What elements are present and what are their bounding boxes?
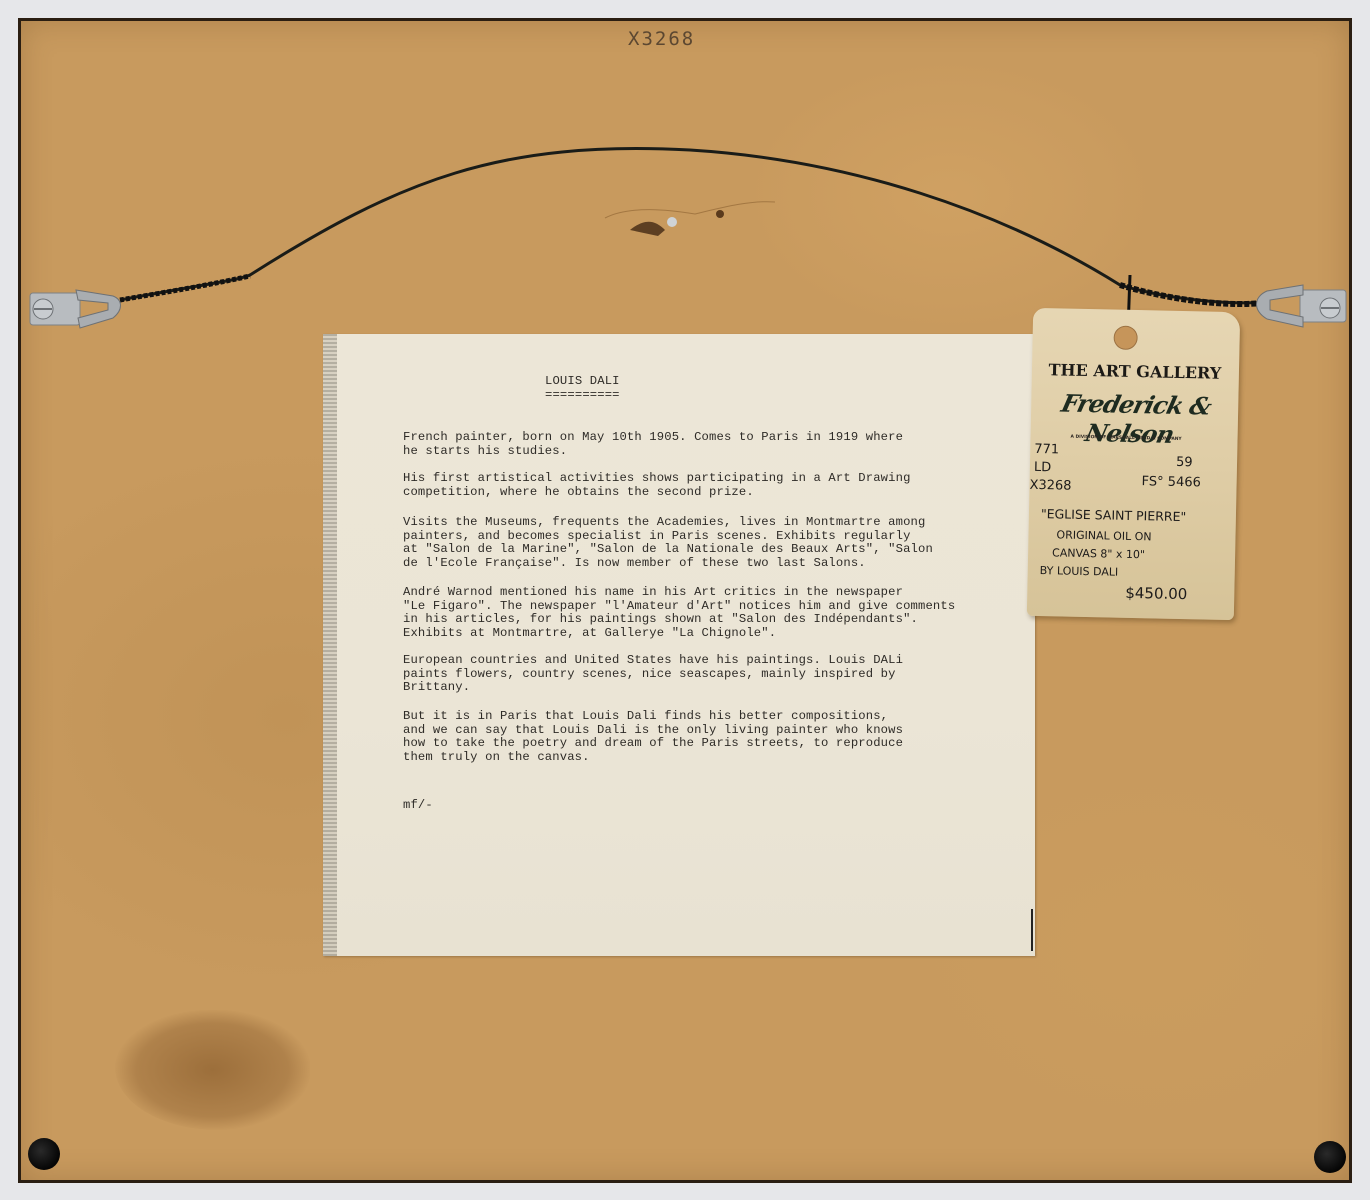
- paragraph-5: European countries and United States hav…: [403, 654, 903, 695]
- wall-bumper-left: [28, 1138, 60, 1170]
- document-title: LOUIS DALI: [545, 375, 620, 389]
- torn-paper-spot: [600, 200, 780, 240]
- tag-artwork-title: "EGLISE SAINT PIERRE": [1041, 506, 1187, 524]
- paragraph-2: His first artistical activities shows pa…: [403, 472, 911, 499]
- document-title-underline: ==========: [545, 389, 620, 403]
- tag-medium-line-2: CANVAS 8" x 10": [1052, 546, 1145, 561]
- paragraph-1: French painter, born on May 10th 1905. C…: [403, 431, 903, 458]
- paragraph-4: André Warnod mentioned his name in his A…: [403, 586, 955, 640]
- paragraph-6: But it is in Paris that Louis Dali finds…: [403, 710, 903, 764]
- typed-biography-sheet: LOUIS DALI ========== French painter, bo…: [323, 334, 1035, 956]
- typist-initials: mf/-: [403, 799, 433, 813]
- tag-hole: [1113, 326, 1137, 350]
- d-ring-hanger-left: [28, 278, 128, 338]
- paragraph-3: Visits the Museums, frequents the Academ…: [403, 516, 933, 570]
- wall-bumper-right: [1314, 1141, 1346, 1173]
- inventory-number: X3268: [628, 28, 695, 50]
- tag-code-left-1: 771: [1034, 442, 1059, 458]
- tag-artist-line: BY LOUIS DALI: [1040, 564, 1119, 579]
- d-ring-hanger-right: [1245, 275, 1355, 335]
- paper-edge-mark: [1031, 909, 1033, 951]
- tag-price: $450.00: [1125, 584, 1187, 603]
- tag-code-right-1: 59: [1176, 455, 1193, 470]
- tag-medium-line-1: ORIGINAL OIL ON: [1056, 528, 1151, 543]
- tag-gallery-header: THE ART GALLERY: [1040, 360, 1230, 383]
- tag-code-left-2: LD: [1034, 460, 1052, 475]
- tag-code-left-3: X3268: [1029, 478, 1071, 494]
- gallery-price-tag: THE ART GALLERY Frederick & Nelson A DIV…: [1027, 308, 1240, 620]
- tag-code-right-2: FS° 5466: [1141, 474, 1201, 490]
